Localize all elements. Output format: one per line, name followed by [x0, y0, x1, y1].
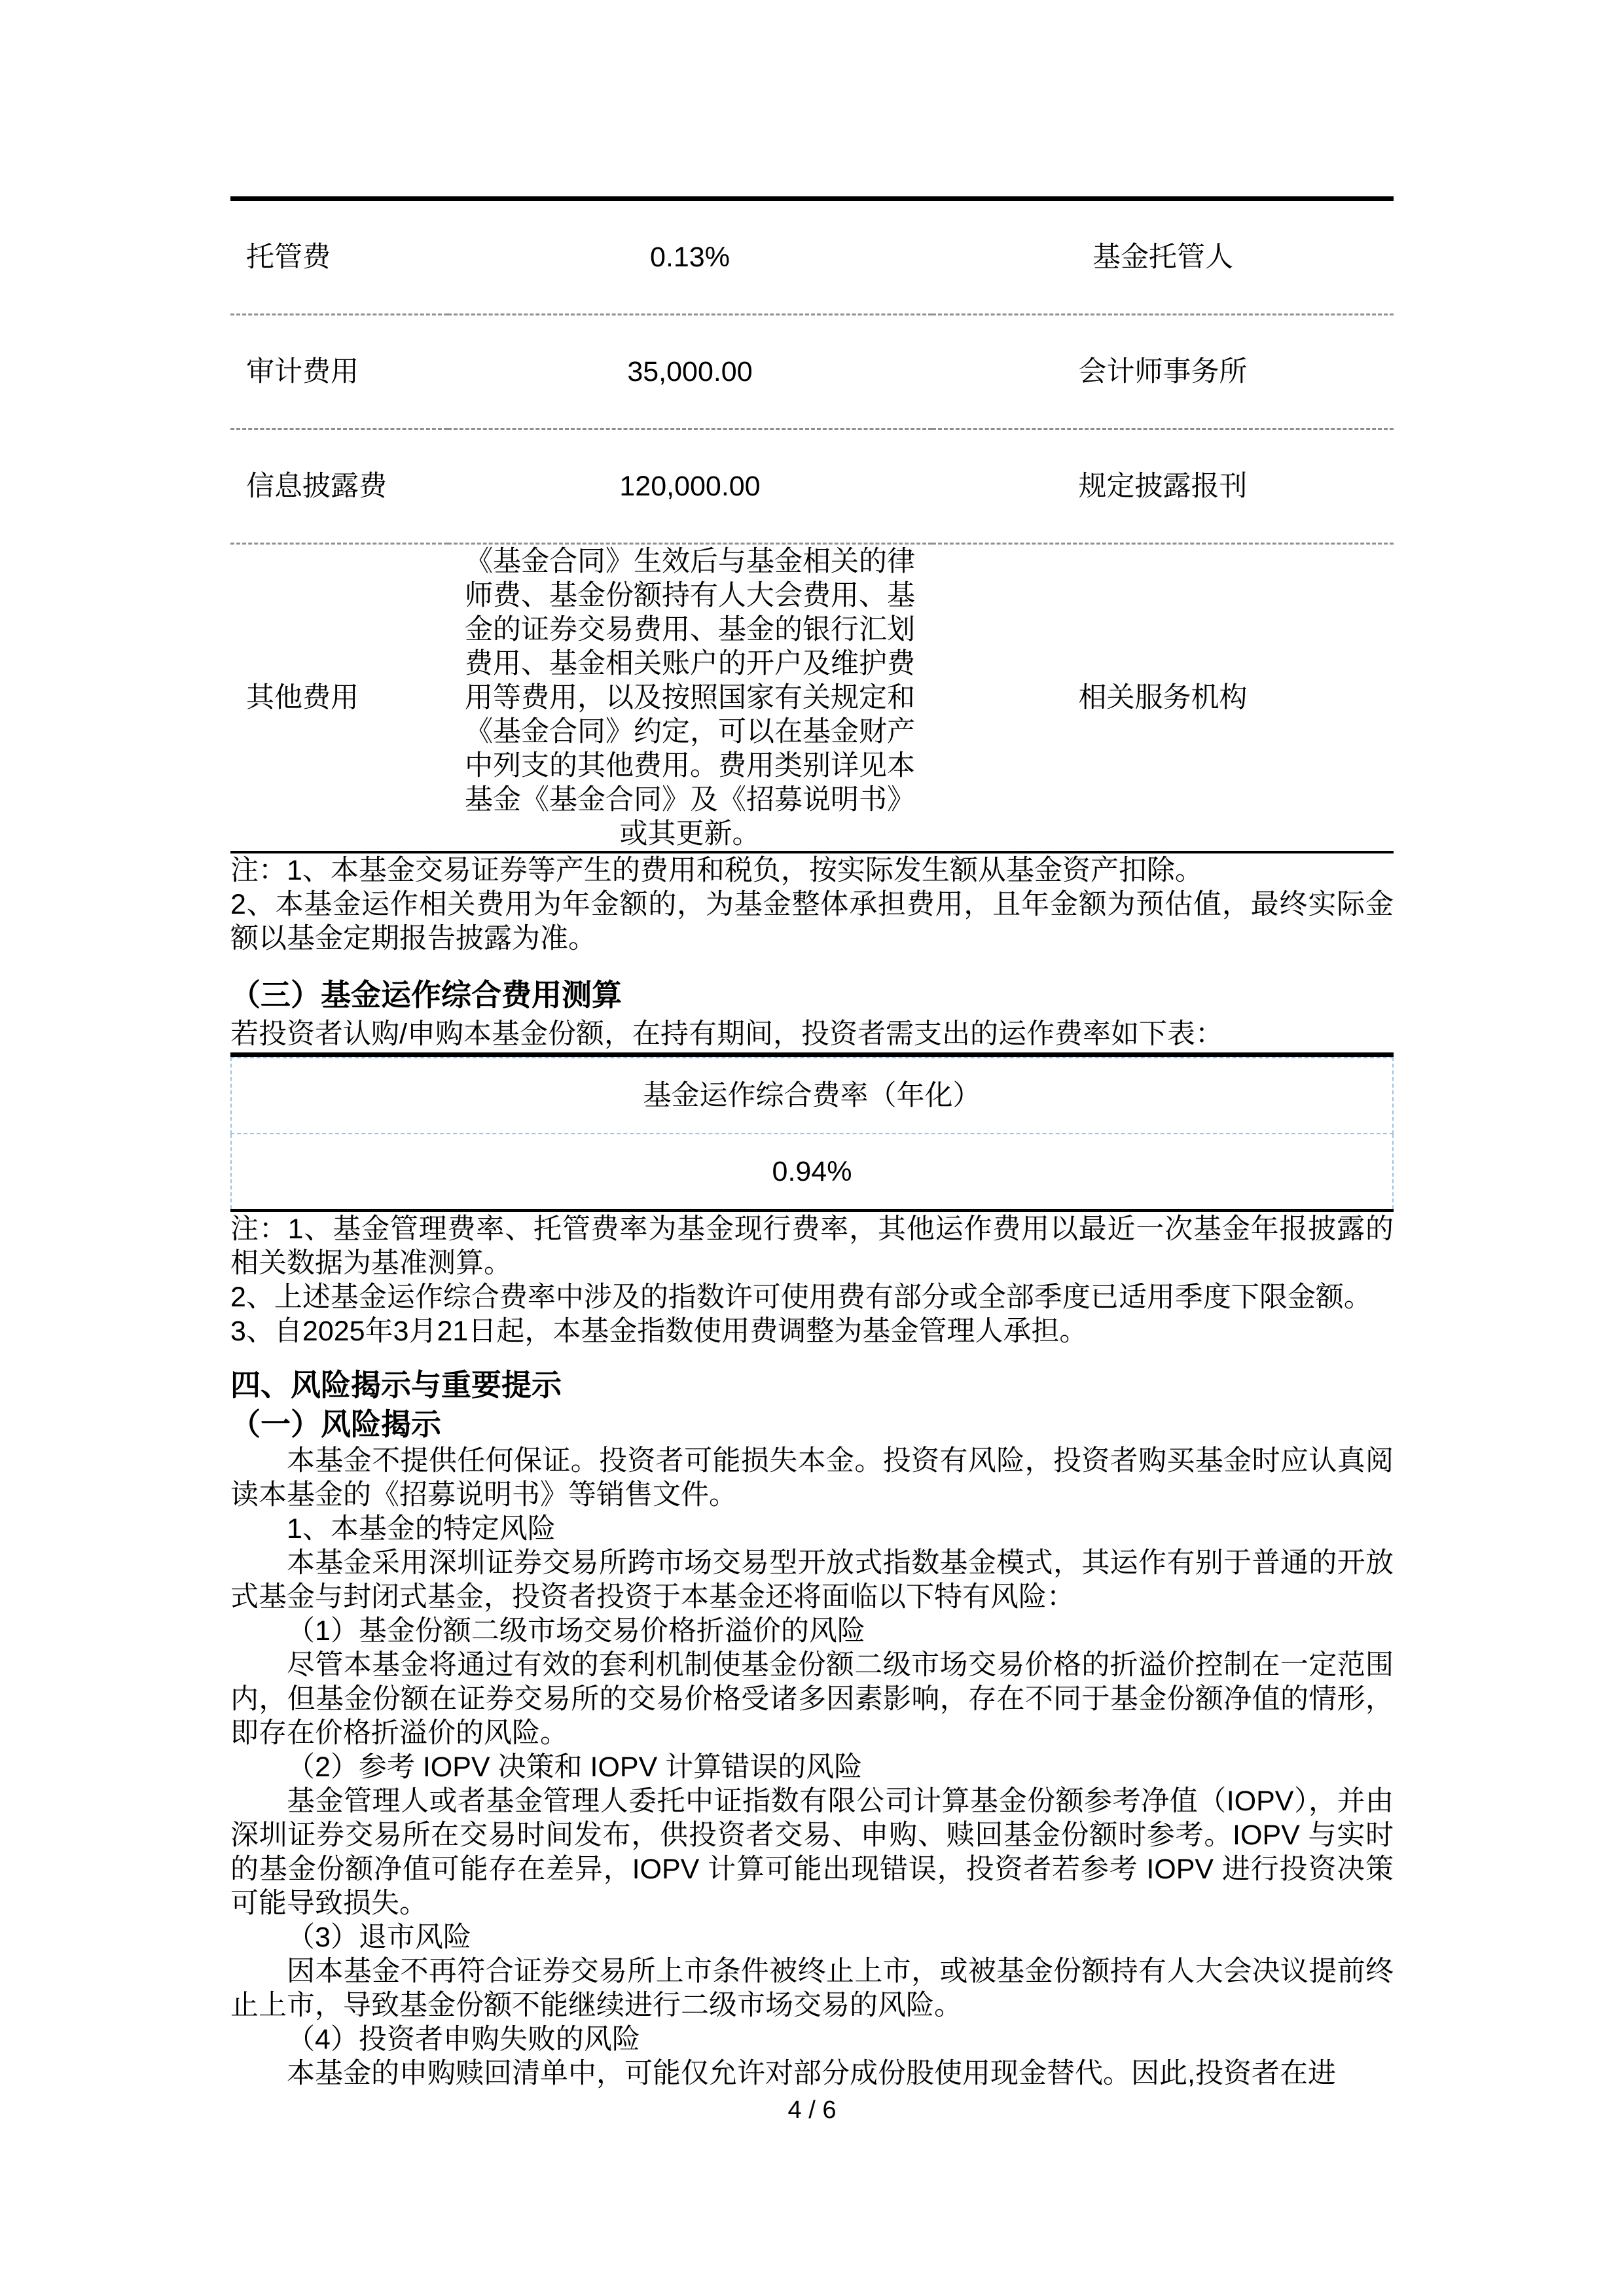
- risk-paragraph: 尽管本基金将通过有效的套利机制使基金份额二级市场交易价格的折溢价控制在一定范围内…: [230, 1648, 1394, 1750]
- risk-item-title: （1）基金份额二级市场交易价格折溢价的风险: [230, 1614, 1394, 1648]
- table-row: 托管费 0.13% 基金托管人: [230, 199, 1394, 315]
- fee-name: 审计费用: [230, 315, 448, 429]
- fee-payee: 相关服务机构: [932, 544, 1394, 853]
- fee-payee: 规定披露报刊: [932, 429, 1394, 544]
- comprehensive-fee-header: 基金运作综合费率（年化）: [230, 1057, 1394, 1134]
- page-number: 4 / 6: [0, 2094, 1624, 2126]
- table-row: 信息披露费 120,000.00 规定披露报刊: [230, 429, 1394, 544]
- fee-value: 120,000.00: [448, 429, 932, 544]
- comprehensive-fee-value: 0.94%: [230, 1134, 1394, 1209]
- section3-note: 3、自2025年3月21日起，本基金指数使用费调整为基金管理人承担。: [230, 1314, 1394, 1348]
- section3-note: 注：1、基金管理费率、托管费率为基金现行费率，其他运作费用以最近一次基金年报披露…: [230, 1212, 1394, 1280]
- section-heading-4: 四、风险揭示与重要提示: [230, 1365, 1394, 1405]
- other-fee-description: 《基金合同》生效后与基金相关的律师费、基金份额持有人大会费用、基金的证券交易费用…: [461, 545, 919, 851]
- section-subheading-risk: （一）风险揭示: [230, 1405, 1394, 1444]
- fee-name: 其他费用: [230, 544, 448, 853]
- table-row: 其他费用 《基金合同》生效后与基金相关的律师费、基金份额持有人大会费用、基金的证…: [230, 544, 1394, 853]
- risk-paragraph: 本基金不提供任何保证。投资者可能损失本金。投资有风险，投资者购买基金时应认真阅读…: [230, 1444, 1394, 1512]
- fee-table-note: 2、本基金运作相关费用为年金额的，为基金整体承担费用，且年金额为预估值，最终实际…: [230, 888, 1394, 956]
- fee-payee: 会计师事务所: [932, 315, 1394, 429]
- risk-item-title: （2）参考 IOPV 决策和 IOPV 计算错误的风险: [230, 1750, 1394, 1784]
- comprehensive-fee-table: 基金运作综合费率（年化） 0.94%: [230, 1052, 1394, 1212]
- risk-item-title: （3）退市风险: [230, 1920, 1394, 1954]
- fee-value: 0.13%: [448, 199, 932, 315]
- fee-table: 托管费 0.13% 基金托管人 审计费用 35,000.00 会计师事务所 信息…: [230, 196, 1394, 853]
- risk-paragraph: 本基金的申购赎回清单中，可能仅允许对部分成份股使用现金替代。因此,投资者在进: [230, 2056, 1394, 2090]
- section-heading-3: （三）基金运作综合费用测算: [230, 975, 1394, 1014]
- risk-paragraph: 基金管理人或者基金管理人委托中证指数有限公司计算基金份额参考净值（IOPV），并…: [230, 1784, 1394, 1920]
- section3-note: 2、上述基金运作综合费率中涉及的指数许可使用费有部分或全部季度已适用季度下限金额…: [230, 1280, 1394, 1314]
- fee-name: 信息披露费: [230, 429, 448, 544]
- risk-item-title: （4）投资者申购失败的风险: [230, 2022, 1394, 2056]
- risk-paragraph: 因本基金不再符合证券交易所上市条件被终止上市，或被基金份额持有人大会决议提前终止…: [230, 1954, 1394, 2022]
- fee-table-note: 注：1、本基金交易证券等产生的费用和税负，按实际发生额从基金资产扣除。: [230, 853, 1394, 888]
- fee-value: 35,000.00: [448, 315, 932, 429]
- table-row: 审计费用 35,000.00 会计师事务所: [230, 315, 1394, 429]
- risk-paragraph: 本基金采用深圳证券交易所跨市场交易型开放式指数基金模式，其运作有别于普通的开放式…: [230, 1546, 1394, 1614]
- fee-value: 《基金合同》生效后与基金相关的律师费、基金份额持有人大会费用、基金的证券交易费用…: [448, 544, 932, 853]
- fee-name: 托管费: [230, 199, 448, 315]
- document-page: 托管费 0.13% 基金托管人 审计费用 35,000.00 会计师事务所 信息…: [0, 0, 1624, 2296]
- section3-intro: 若投资者认购/申购本基金份额，在持有期间，投资者需支出的运作费率如下表：: [230, 1017, 1394, 1051]
- risk-item-title: 1、本基金的特定风险: [230, 1512, 1394, 1546]
- fee-payee: 基金托管人: [932, 199, 1394, 315]
